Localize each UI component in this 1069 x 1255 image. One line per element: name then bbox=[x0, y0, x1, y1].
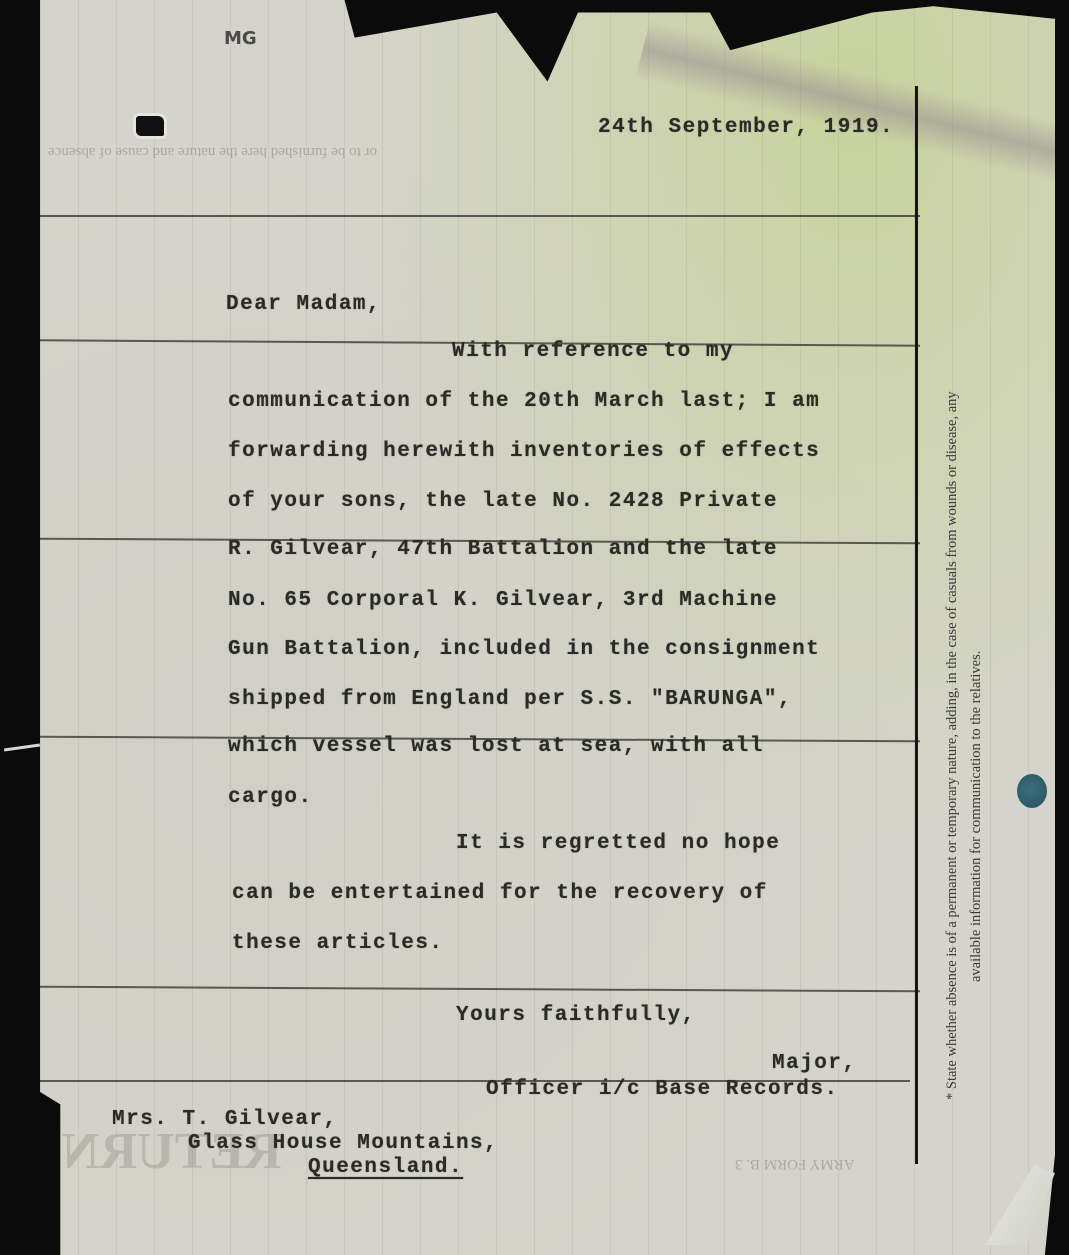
paper-edge-tear bbox=[4, 744, 40, 752]
body-line: shipped from England per S.S. "BARUNGA", bbox=[228, 688, 792, 711]
header-stamp: MG bbox=[224, 28, 257, 49]
body-line: Gun Battalion, included in the consignme… bbox=[228, 638, 820, 661]
bleed-through-top: or to be furnished here the nature and c… bbox=[48, 143, 377, 160]
body-line: which vessel was lost at sea, with all bbox=[228, 735, 764, 758]
closing: Yours faithfully, bbox=[456, 1004, 696, 1027]
body-line: can be entertained for the recovery of bbox=[232, 882, 768, 905]
body-line: communication of the 20th March last; I … bbox=[228, 390, 820, 413]
addressee-locality: Glass House Mountains, bbox=[188, 1132, 498, 1155]
salutation: Dear Madam, bbox=[226, 293, 381, 316]
signature-title: Officer i/c Base Records. bbox=[486, 1078, 839, 1101]
form-rule bbox=[40, 215, 920, 217]
punch-hole bbox=[136, 116, 164, 136]
body-line: of your sons, the late No. 2428 Private bbox=[228, 490, 778, 513]
margin-footnote-line1: * State whether absence is of a permanen… bbox=[944, 391, 960, 1100]
body-line: forwarding herewith inventories of effec… bbox=[228, 440, 820, 463]
body-line: It is regretted no hope bbox=[456, 832, 780, 855]
margin-footnote-line2: available information for communication … bbox=[964, 100, 988, 1100]
bleed-through-army-form: ARMY FORM B. 3 bbox=[735, 1155, 854, 1172]
letter-date: 24th September, 1919. bbox=[598, 116, 894, 139]
ink-blot bbox=[1017, 774, 1047, 808]
vertical-ruling bbox=[40, 0, 1055, 1255]
signature-rank: Major, bbox=[772, 1052, 857, 1075]
body-line: cargo. bbox=[228, 786, 313, 809]
letter-paper bbox=[40, 0, 1055, 1255]
margin-rule bbox=[915, 86, 918, 1164]
body-line: No. 65 Corporal K. Gilvear, 3rd Machine bbox=[228, 589, 778, 612]
body-line: these articles. bbox=[232, 932, 444, 955]
margin-footnote: * State whether absence is of a permanen… bbox=[940, 100, 988, 1100]
body-line: R. Gilvear, 47th Battalion and the late bbox=[228, 538, 778, 561]
body-line: With reference to my bbox=[452, 340, 734, 363]
addressee-state: Queensland. bbox=[308, 1156, 463, 1179]
addressee-name: Mrs. T. Gilvear, bbox=[112, 1108, 338, 1131]
